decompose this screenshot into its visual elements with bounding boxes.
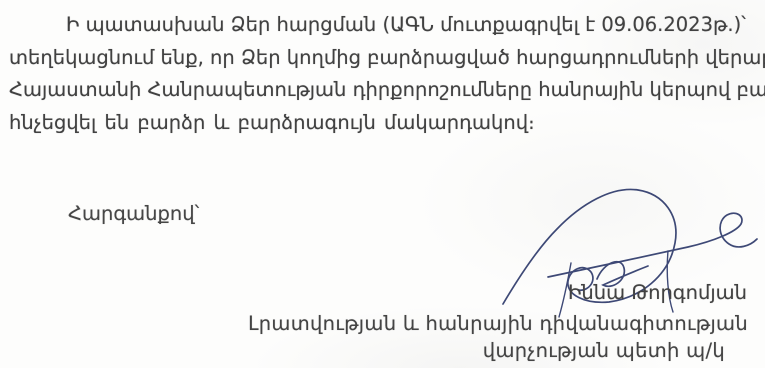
body-paragraph: Ի պատասխան Ձեր հարցման (ԱԳՆ մուտքագրվել … xyxy=(9,9,743,139)
paragraph-line: Հայաստանի Հանրապետության դիրքորոշումները… xyxy=(9,74,743,107)
paragraph-line: հնչեցվել են բարձր և բարձրագույն մակարդակ… xyxy=(9,107,743,140)
letter-page: Ի պատասխան Ձեր հարցման (ԱԳՆ մուտքագրվել … xyxy=(0,0,765,368)
signatory-title-line1: Լրատվության և հանրային դիվանագիտության xyxy=(248,312,748,335)
paragraph-line: Ի պատասխան Ձեր հարցման (ԱԳՆ մուտքագրվել … xyxy=(9,9,743,42)
paragraph-line: տեղեկացնում ենք, որ Ձեր կողմից բարձրացվա… xyxy=(9,42,743,75)
closing-salutation: Հարգանքով՝ xyxy=(68,202,199,225)
signatory-name: Իննա Թորգոմյան xyxy=(568,281,747,304)
signatory-title-line2: վարչության պետի պ/կ xyxy=(483,339,725,362)
